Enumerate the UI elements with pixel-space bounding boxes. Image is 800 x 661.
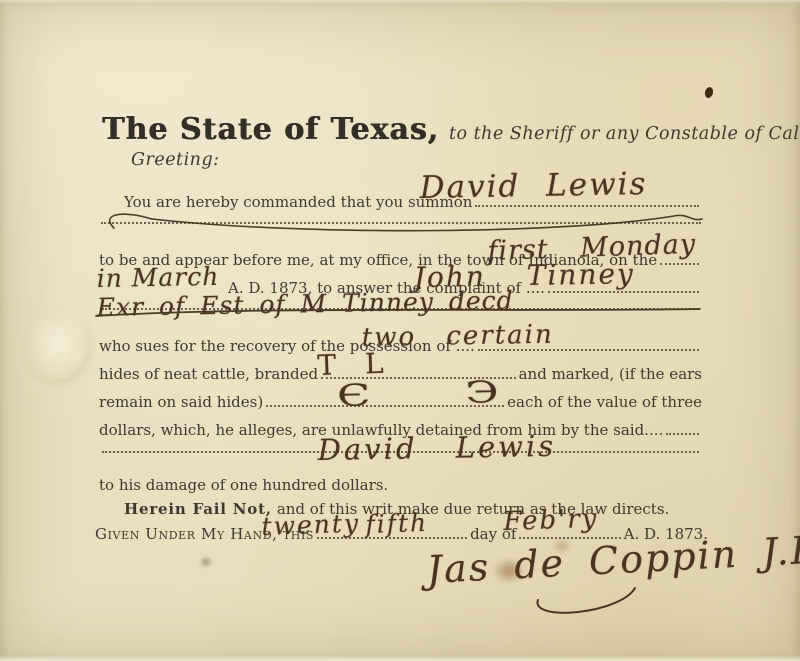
dotted-leader [548,291,699,293]
dotted-leader [666,433,699,435]
branded-printed-text: hides of neat cattle, branded [99,365,318,383]
herein-bold-text: Herein Fail Not, [124,500,272,518]
handwritten-defendant-name-1: David Lewis [419,166,647,206]
scan-edge-bottom [0,655,800,661]
handwritten-month-abbrev: Feb'ry [503,504,599,537]
dotted-leader [660,263,699,265]
scanned-document-page: The State of Texas, to the Sheriff or an… [0,0,800,661]
handwritten-day-word1: twenty [261,509,360,541]
remain-printed-text: remain on said hides) [99,393,263,411]
handwritten-cattle-brand: T L [317,346,394,382]
damage-printed-text: to his damage of one hundred dollars. [99,476,388,494]
ink-spot [704,86,715,99]
paper-crease-dimple [24,308,88,380]
marked-printed-text: and marked, (if the ears [519,365,702,383]
handwritten-day-word2: fifth [365,508,429,539]
scan-edge-top [0,0,800,4]
masthead-title: The State of Texas, [102,112,439,147]
earmark-drawing: Є Э [336,374,540,414]
handwritten-executor-title: Exr of Est of M Tinney decd [96,286,513,322]
signature-flourish-stroke [470,582,680,624]
dotted-leader [475,205,699,207]
addressee-text: to the Sheriff or any Constable of Calho… [449,124,800,144]
greeting-text: Greeting: [131,150,220,170]
handwritten-defendant-name-2: David Lewis [317,429,556,467]
document-header: The State of Texas, to the Sheriff or an… [102,112,800,147]
handwritten-month: in March [96,262,219,293]
blank-dotted-line [98,222,704,228]
damage-line: to his damage of one hundred dollars. [99,476,388,494]
ink-smudge [199,556,213,568]
greeting-line: Greeting: [131,150,220,170]
dotted-leader [101,222,701,224]
